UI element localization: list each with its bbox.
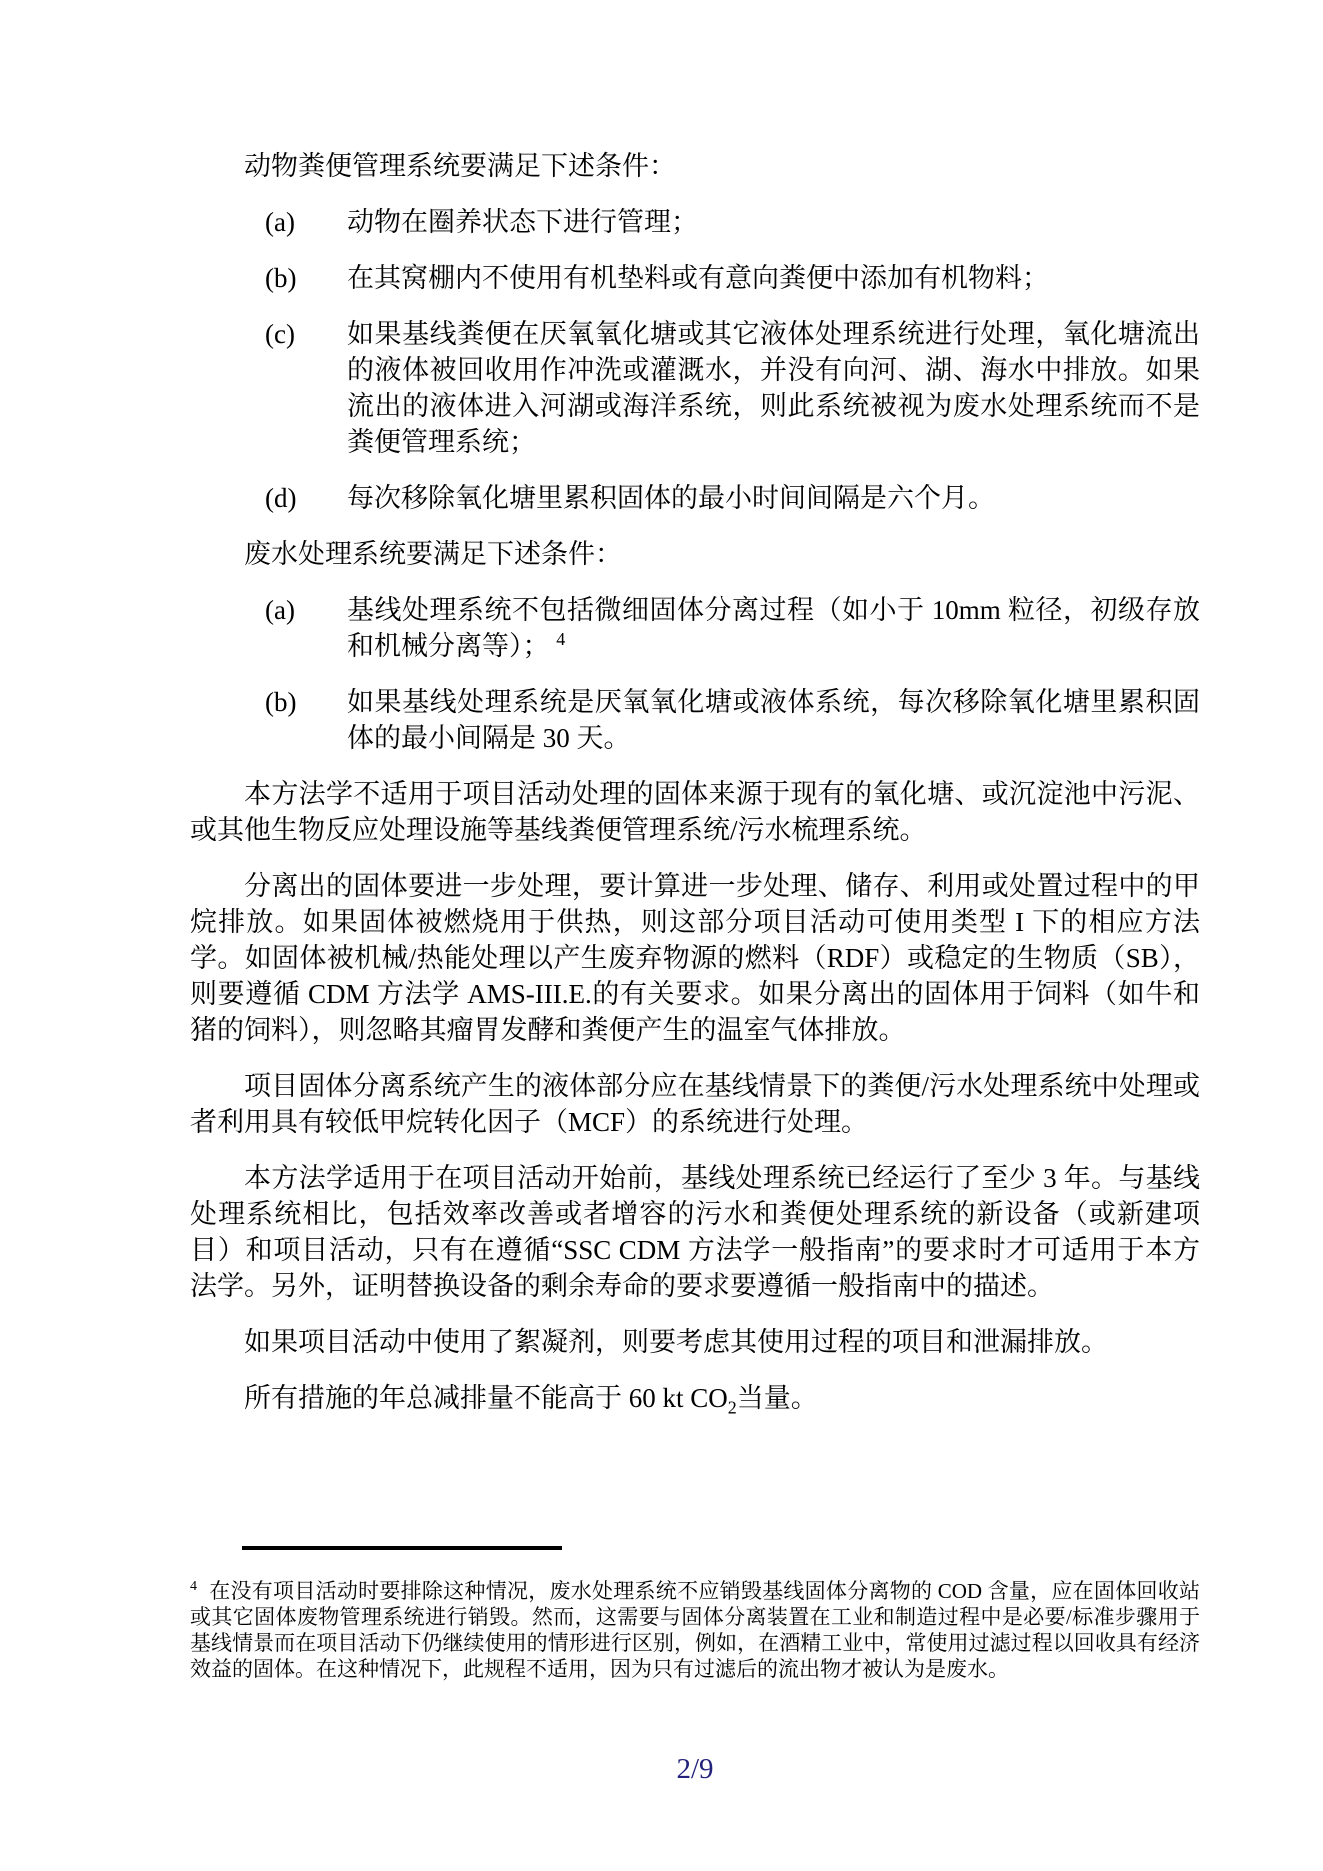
body-paragraph: 分离出的固体要进一步处理，要计算进一步处理、储存、利用或处置过程中的甲烷排放。如… <box>190 868 1200 1048</box>
co2-text-after: 当量。 <box>737 1383 818 1413</box>
list-item: (a) 基线处理系统不包括微细固体分离过程（如小于 10mm 粒径，初级存放和机… <box>190 592 1200 664</box>
body-paragraph: 如果项目活动中使用了絮凝剂，则要考虑其使用过程的项目和泄漏排放。 <box>190 1324 1200 1360</box>
footnote: 4在没有项目活动时要排除这种情况，废水处理系统不应销毁基线固体分离物的 COD … <box>190 1578 1200 1682</box>
list-item: (d) 每次移除氧化塘里累积固体的最小时间间隔是六个月。 <box>190 480 1200 516</box>
list-item-text: 如果基线粪便在厌氧氧化塘或其它液体处理系统进行处理，氧化塘流出的液体被回收用作冲… <box>347 319 1200 457</box>
footnote-marker: 4 <box>190 1579 197 1594</box>
document-page: 动物粪便管理系统要满足下述条件： (a) 动物在圈养状态下进行管理； (b) 在… <box>0 0 1323 1871</box>
list-marker: (d) <box>265 480 296 516</box>
footnote-area: 4在没有项目活动时要排除这种情况，废水处理系统不应销毁基线固体分离物的 COD … <box>190 1546 1200 1682</box>
document-body: 动物粪便管理系统要满足下述条件： (a) 动物在圈养状态下进行管理； (b) 在… <box>190 148 1200 1436</box>
footnote-reference: 4 <box>556 629 565 649</box>
footnote-separator-line <box>242 1546 562 1550</box>
list-item-text: 基线处理系统不包括微细固体分离过程（如小于 10mm 粒径，初级存放和机械分离等… <box>347 595 1200 661</box>
list-item: (b) 如果基线处理系统是厌氧氧化塘或液体系统，每次移除氧化塘里累积固体的最小间… <box>190 684 1200 756</box>
list-item: (c) 如果基线粪便在厌氧氧化塘或其它液体处理系统进行处理，氧化塘流出的液体被回… <box>190 316 1200 460</box>
co2-text-before: 所有措施的年总减排量不能高于 60 kt CO <box>244 1383 728 1413</box>
body-paragraph: 本方法学适用于在项目活动开始前，基线处理系统已经运行了至少 3 年。与基线处理系… <box>190 1160 1200 1304</box>
body-paragraph-co2: 所有措施的年总减排量不能高于 60 kt CO2当量。 <box>190 1380 1200 1416</box>
list-marker: (a) <box>265 592 295 628</box>
list-item: (b) 在其窝棚内不使用有机垫料或有意向粪便中添加有机物料； <box>190 260 1200 296</box>
list-item-text: 在其窝棚内不使用有机垫料或有意向粪便中添加有机物料； <box>347 263 1049 293</box>
list-item-text: 动物在圈养状态下进行管理； <box>347 207 698 237</box>
body-paragraph: 项目固体分离系统产生的液体部分应在基线情景下的粪便/污水处理系统中处理或者利用具… <box>190 1068 1200 1140</box>
body-paragraph: 本方法学不适用于项目活动处理的固体来源于现有的氧化塘、或沉淀池中污泥、或其他生物… <box>190 776 1200 848</box>
list-item: (a) 动物在圈养状态下进行管理； <box>190 204 1200 240</box>
list-marker: (c) <box>265 316 295 352</box>
list-marker: (a) <box>265 204 295 240</box>
list-item-text: 如果基线处理系统是厌氧氧化塘或液体系统，每次移除氧化塘里累积固体的最小间隔是 3… <box>347 687 1200 753</box>
section2-intro: 废水处理系统要满足下述条件： <box>190 536 1200 572</box>
co2-subscript: 2 <box>728 1397 737 1417</box>
list-item-text: 每次移除氧化塘里累积固体的最小时间间隔是六个月。 <box>347 483 995 513</box>
list-marker: (b) <box>265 260 296 296</box>
footnote-text: 在没有项目活动时要排除这种情况，废水处理系统不应销毁基线固体分离物的 COD 含… <box>190 1579 1200 1681</box>
section1-intro: 动物粪便管理系统要满足下述条件： <box>190 148 1200 184</box>
page-number: 2/9 <box>190 1750 1200 1788</box>
list-marker: (b) <box>265 684 296 720</box>
